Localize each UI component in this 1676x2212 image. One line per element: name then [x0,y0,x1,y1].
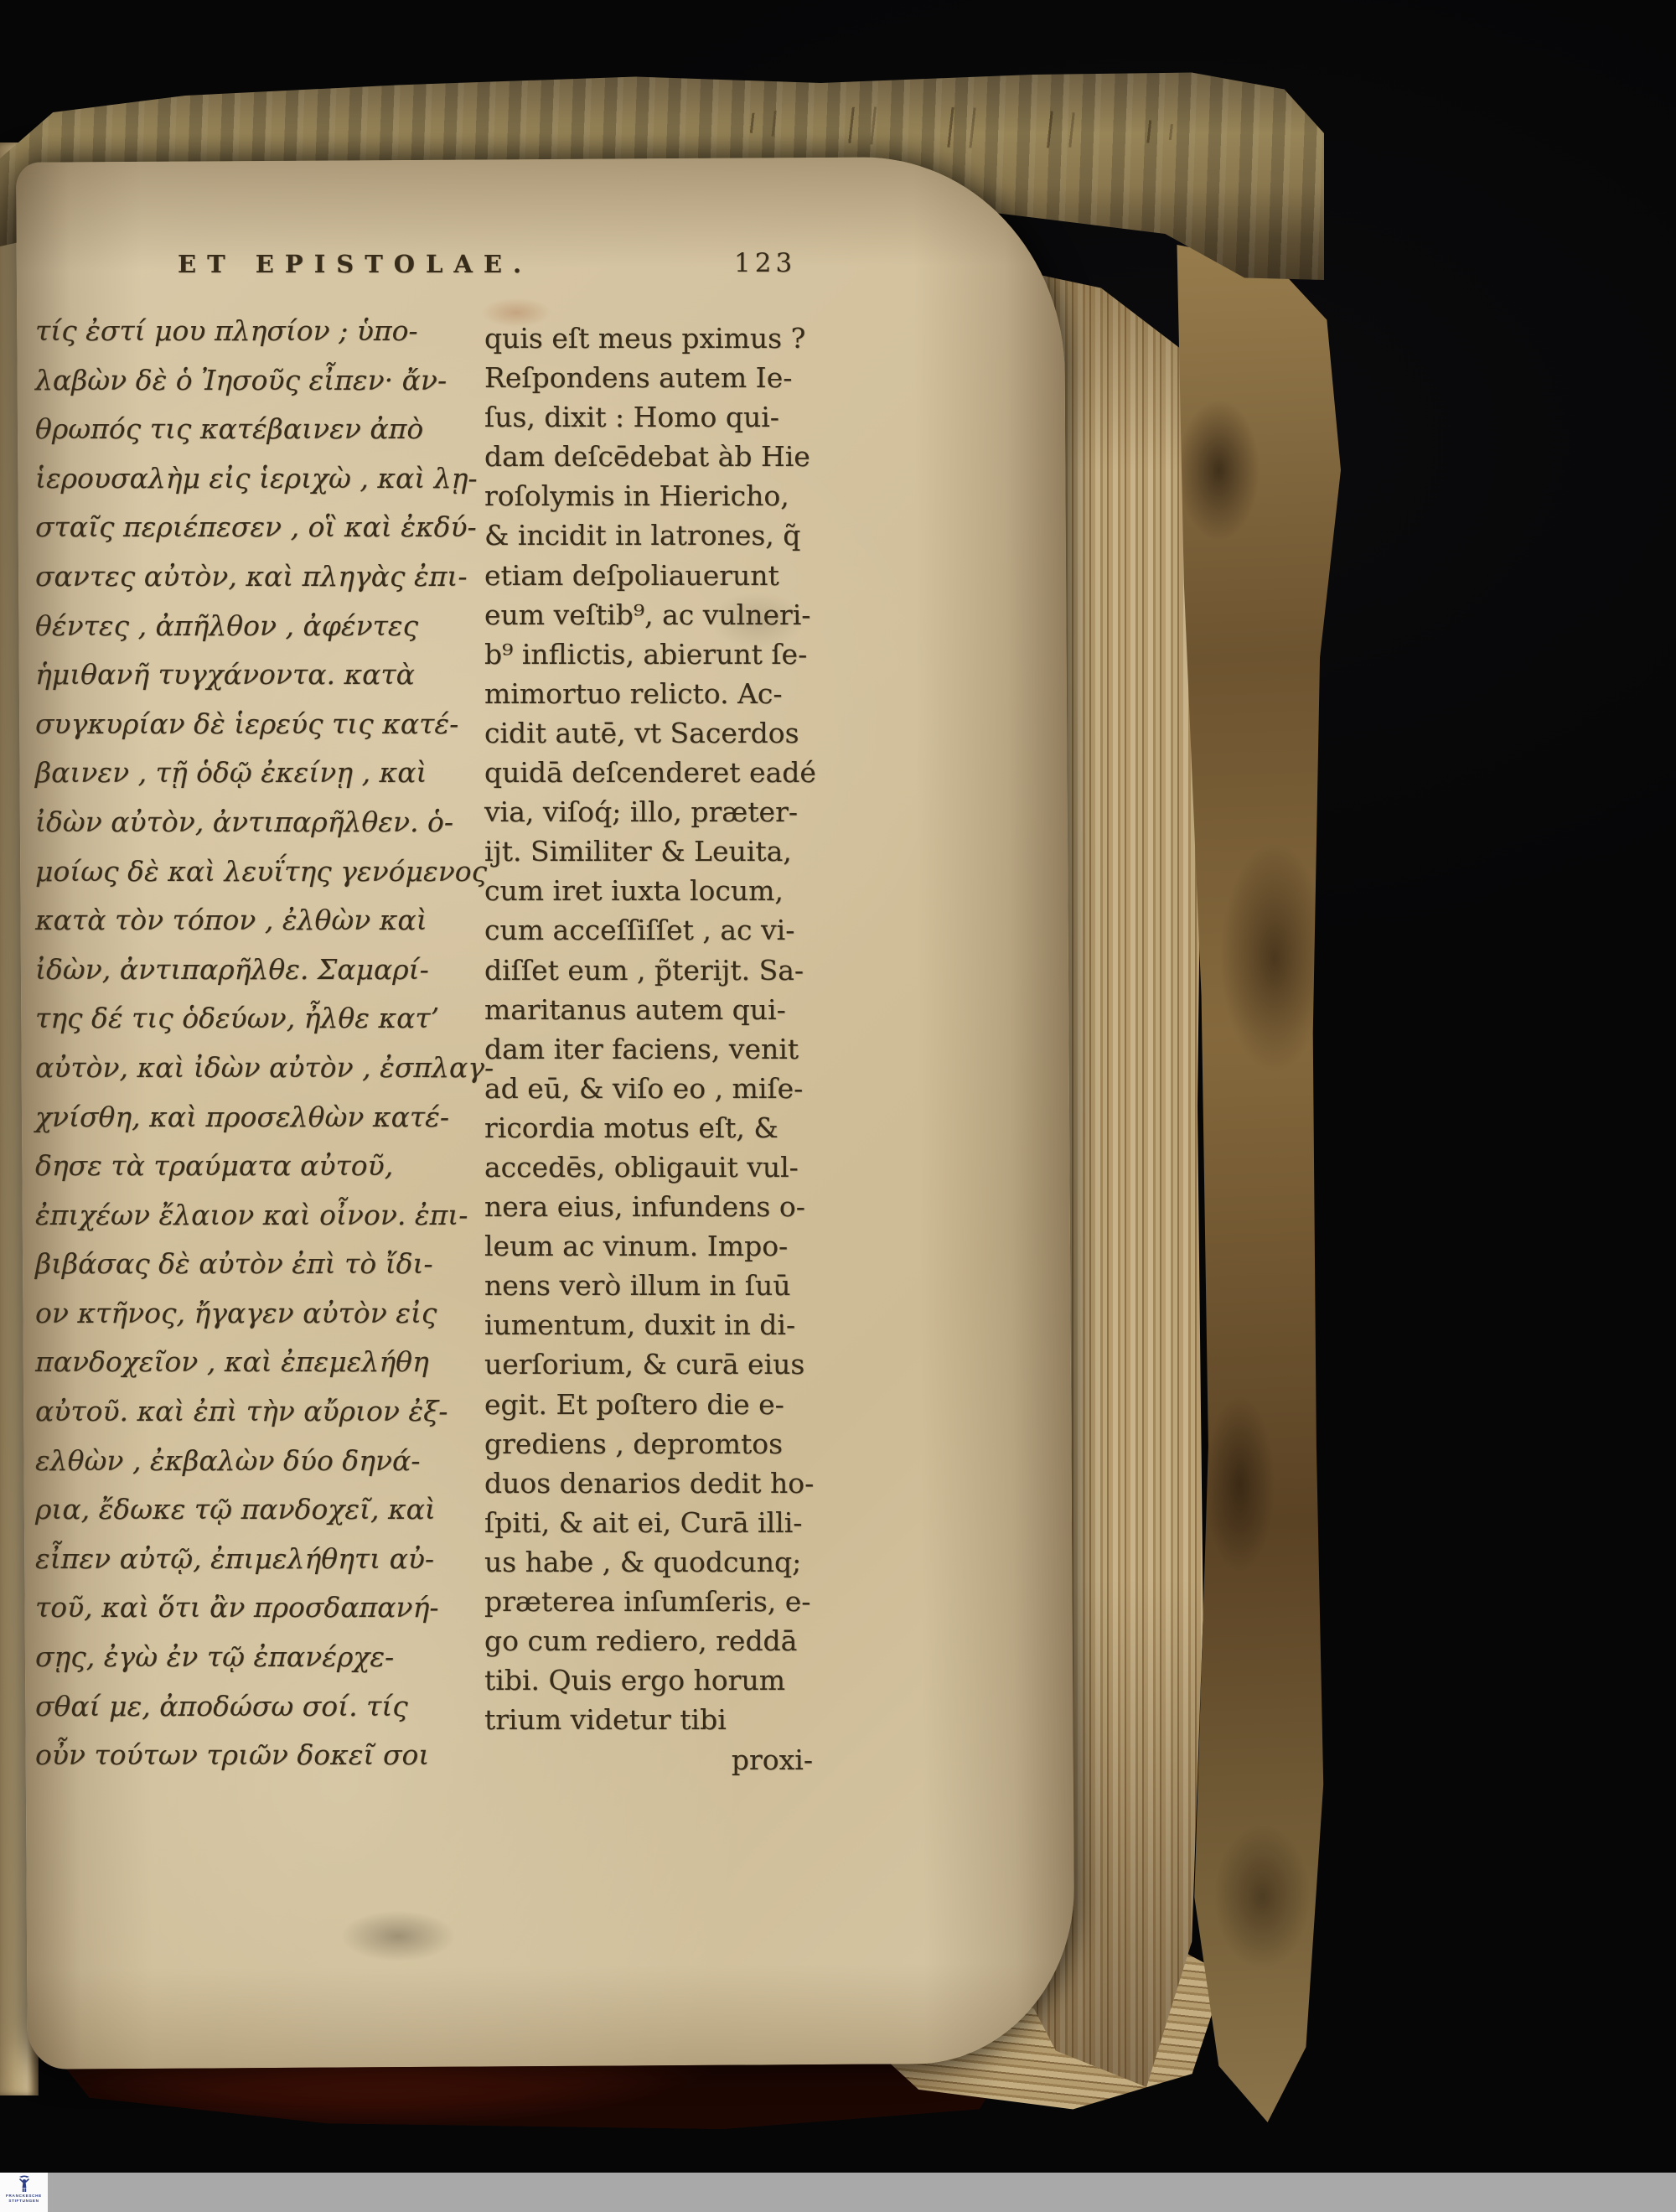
latin-text-column: quis eſt meus pximus ?Reſpondens autem I… [484,319,816,1739]
latin-line: uerſorium, & curā eius [484,1344,816,1384]
latin-line: ad eū, & viſo eo , miſe- [484,1069,816,1108]
greek-line: τίς ἐστί μου πλησίον ; ὑπο- [35,307,488,356]
latin-line: duos denarios dedit ho- [484,1463,816,1503]
greek-line: θέντες , ἀπῆλθον , ἀφέντες [35,602,488,651]
latin-line: quidā deſcenderet eadé [484,753,816,792]
greek-line: πανδοχεῖον , καὶ ἐπεμελήθη [35,1338,488,1387]
franckesche-logo-icon [16,2175,33,2194]
greek-line: βαινεν , τῇ ὁδῷ ἐκείνῃ , καὶ [35,749,488,798]
greek-line: κατὰ τὸν τόπον , ἐλθὼν καὶ [35,896,488,945]
catchword: proxi- [484,1740,813,1779]
greek-line: εἶπεν αὐτῷ, ἐπιμελήθητι αὐ- [35,1535,488,1584]
latin-line: mimortuo relicto. Ac- [484,674,816,713]
greek-line: ἐπιχέων ἔλαιον καὶ οἶνον. ἐπι- [35,1191,488,1241]
latin-line: grediens , depromtos [484,1424,816,1463]
latin-line: diſſet eum , p̃terijt. Sa- [484,951,816,990]
latin-line: ijt. Similiter & Leuita, [484,831,816,871]
greek-line: συγκυρίαν δὲ ἱερεύς τις κατέ- [35,700,488,749]
greek-line: δησε τὰ τραύματα αὐτοῦ, [35,1142,488,1191]
greek-line: λαβὼν δὲ ὁ Ἰησοῦς εἶπεν· ἄν- [35,356,488,406]
greek-line: τοῦ, καὶ ὅτι ἂν προσδαπανή- [35,1583,488,1633]
greek-line: χνίσθη, καὶ προσελθὼν κατέ- [35,1093,488,1142]
franckesche-stiftungen-stamp: FRANCKESCHE STIFTUNGEN [0,2173,48,2212]
latin-line: roſolymis in Hiericho, [484,476,816,515]
latin-line: b⁹ inflictis, abierunt ſe- [484,635,816,674]
greek-line: θρωπός τις κατέβαινεν ἀπὸ [35,405,488,454]
latin-line: cum iret iuxta locum, [484,871,816,910]
latin-line: tibi. Quis ergo horum [484,1660,816,1700]
greek-line: σῃς, ἐγὼ ἐν τῷ ἐπανέρχε- [35,1633,488,1682]
latin-line: egit. Et poſtero die e- [484,1385,816,1424]
latin-line: ſpiti, & ait ei, Curā illi- [484,1503,816,1542]
greek-line: ἡμιθανῆ τυγχάνοντα. κατὰ [35,650,488,700]
greek-line: ελθὼν , ἐκβαλὼν δύο δηνά- [35,1437,488,1486]
latin-line: leum ac vinum. Impo- [484,1226,816,1266]
latin-line: cidit autē, vt Sacerdos [484,713,816,753]
scanner-footer-bar [0,2173,1676,2212]
latin-line: us habe , & quodcunq; [484,1542,816,1582]
stamp-text-line2: STIFTUNGEN [8,2199,39,2204]
paper-stain [318,1901,478,1971]
latin-line: eum veſtib⁹, ac vulneri- [484,595,816,635]
greek-line: σαντες αὐτὸν, καὶ πληγὰς ἐπι- [35,552,488,602]
greek-text-column: τίς ἐστί μου πλησίον ; ὑπο-λαβὼν δὲ ὁ Ἰη… [35,307,488,1780]
latin-line: via, viſoq́; illo, præter- [484,792,816,831]
greek-line: αὐτὸν, καὶ ἰδὼν αὐτὸν , ἐσπλαγ- [35,1044,488,1093]
latin-line: ſus, dixit : Homo qui- [484,397,816,437]
latin-line: dam iter faciens, venit [484,1029,816,1069]
greek-line: ἱερουσαλὴμ εἰς ἱεριχὼ , καὶ λῃ- [35,454,488,504]
latin-line: accedēs, obligauit vul- [484,1147,816,1187]
latin-line: go cum rediero, reddā [484,1621,816,1660]
latin-line: nens verò illum in ſuū [484,1266,816,1305]
latin-line: nera eius, infundens o- [484,1187,816,1226]
greek-line: σταῖς περιέπεσεν , οἳ καὶ ἐκδύ- [35,503,488,552]
latin-line: cum acceſſiſſet , ac vi- [484,910,816,950]
greek-line: αὐτοῦ. καὶ ἐπὶ τὴν αὔριον ἐξ- [35,1387,488,1437]
greek-line: ον κτῆνος, ἤγαγεν αὐτὸν εἰς [35,1289,488,1339]
latin-line: trium videtur tibi [484,1700,816,1739]
greek-line: ἰδὼν, ἀντιπαρῆλθε. Σαμαρί- [35,945,488,995]
greek-line: βιβάσας δὲ αὐτὸν ἐπὶ τὸ ἴδι- [35,1240,488,1289]
page-number: 123 [734,248,796,278]
greek-line: της δέ τις ὁδεύων, ἦλθε κατ’ [35,994,488,1044]
latin-line: ricordia motus eſt, & [484,1108,816,1147]
greek-line: μοίως δὲ καὶ λευΐτης γενόμενος [35,847,488,897]
running-header: ET EPISTOLAE. [178,250,532,278]
latin-line: etiam deſpoliauerunt [484,556,816,595]
greek-line: σθαί με, ἀποδώσω σοί. τίς [35,1682,488,1732]
scanned-book-photo: ET EPISTOLAE. 123 τίς ἐστί μου πλησίον ;… [0,0,1676,2212]
latin-line: maritanus autem qui- [484,990,816,1029]
latin-line: Reſpondens autem Ie- [484,358,816,397]
latin-line: dam deſcēdebat àb Hie [484,437,816,476]
latin-line: iumentum, duxit in di- [484,1305,816,1344]
greek-line: οὖν τούτων τριῶν δοκεῖ σοι [35,1731,488,1780]
latin-line: quis eſt meus pximus ? [484,319,816,358]
greek-line: ἰδὼν αὐτὸν, ἀντιπαρῆλθεν. ὁ- [35,798,488,847]
latin-line: & incidit in latrones, q̃ [484,515,816,555]
greek-line: ρια, ἔδωκε τῷ πανδοχεῖ, καὶ [35,1485,488,1535]
latin-line: præterea inſumſeris, e- [484,1582,816,1621]
